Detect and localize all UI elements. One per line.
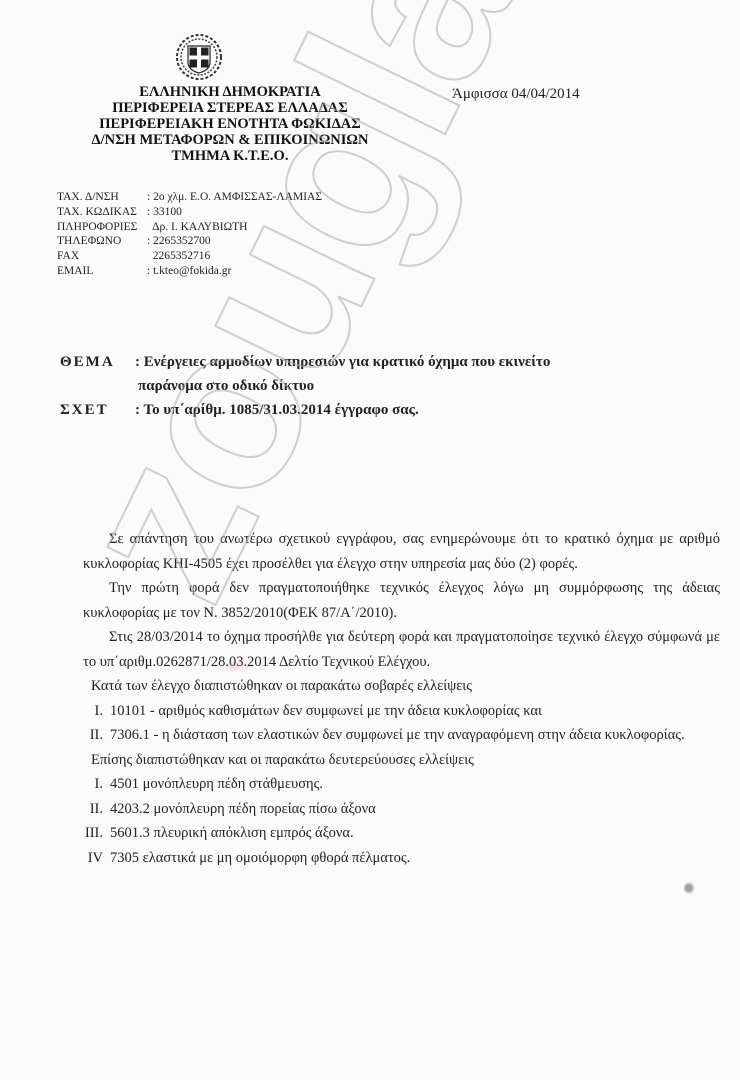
document-page: zougla.gr ΕΛΛΗΝΙΚΗ ΔΗΜΟΚΡΑΤΙΑ ΠΕΡΙΦΕΡΕΙΑ… (0, 0, 740, 1080)
contact-row-postcode: ΤΑΧ. ΚΩΔΙΚΑΣ : 33100 (57, 205, 322, 220)
contact-row-email: EMAIL : t.kteo@fokida.gr (57, 264, 322, 279)
body-paragraph: Σε απάντηση του ανωτέρω σχετικού εγγράφο… (83, 527, 720, 576)
reference-line: ΣΧΕΤ : Το υπ΄αρίθμ. 1085/31.03.2014 έγγρ… (60, 402, 550, 426)
list-text: 5601.3 πλευρική απόκλιση εμπρός άξονα. (110, 821, 720, 846)
reference-key: ΣΧΕΤ (60, 402, 135, 426)
serious-faults-list: I. 10101 - αριθμός καθισμάτων δεν συμφων… (73, 699, 720, 748)
secondary-faults-list: I. 4501 μονόπλευρη πέδη στάθμευσης. II. … (63, 772, 720, 870)
subject-line: ΘΕΜΑ : Ενέργειες αρμοδίων υπηρεσιών για … (60, 354, 550, 378)
ink-smudge (220, 660, 250, 672)
place-date: Άμφισσα 04/04/2014 (452, 86, 580, 103)
contact-value: : t.kteo@fokida.gr (147, 264, 231, 279)
list-item: IV 7305 ελαστικά με μη ομοιόμορφη φθορά … (63, 846, 720, 871)
contact-value: : 33100 (147, 205, 182, 220)
contact-label: ΤΑΧ. Δ/ΝΣΗ (57, 190, 147, 205)
contact-label: EMAIL (57, 264, 147, 279)
subject-key: ΘΕΜΑ (60, 354, 135, 378)
list-text: 4203.2 μονόπλευρη πέδη πορείας πίσω άξον… (110, 797, 720, 822)
reference-text: : Το υπ΄αρίθμ. 1085/31.03.2014 έγγραφο σ… (135, 402, 419, 426)
list-text: 7305 ελαστικά με μη ομοιόμορφη φθορά πέλ… (110, 846, 720, 871)
list-item: II. 7306.1 - η διάσταση των ελαστικών δε… (73, 723, 720, 748)
subject-block: ΘΕΜΑ : Ενέργειες αρμοδίων υπηρεσιών για … (60, 354, 550, 426)
greek-coat-of-arms-icon (174, 32, 224, 82)
subject-text-continued: παράνομα στο οδικό δίκτυο (60, 378, 314, 402)
subject-text: : Ενέργειες αρμοδίων υπηρεσιών για κρατι… (135, 354, 550, 378)
list-text: 7306.1 - η διάσταση των ελαστικών δεν συ… (110, 723, 720, 748)
secondary-faults-intro: Επίσης διαπιστώθηκαν και οι παρακάτω δευ… (83, 748, 720, 773)
contact-value: Δρ. Ι. ΚΑΛΥΒΙΩΤΗ (147, 220, 247, 235)
body-paragraph: Την πρώτη φορά δεν πραγματοποιήθηκε τεχν… (83, 576, 720, 625)
list-text: 4501 μονόπλευρη πέδη στάθμευσης. (110, 772, 720, 797)
list-number: II. (73, 723, 110, 748)
body-paragraph: Στις 28/03/2014 το όχημα προσήλθε για δε… (83, 625, 720, 674)
list-item: II. 4203.2 μονόπλευρη πέδη πορείας πίσω … (63, 797, 720, 822)
list-text: 10101 - αριθμός καθισμάτων δεν συμφωνεί … (110, 699, 720, 724)
contact-label: ΠΛΗΡΟΦΟΡΙΕΣ (57, 220, 147, 235)
contact-value: : 2ο χλμ. Ε.Ο. ΑΜΦΙΣΣΑΣ-ΛΑΜΙΑΣ (147, 190, 322, 205)
list-item: I. 4501 μονόπλευρη πέδη στάθμευσης. (63, 772, 720, 797)
letterhead-line: ΠΕΡΙΦΕΡΕΙΑΚΗ ΕΝΟΤΗΤΑ ΦΩΚΙΔΑΣ (80, 116, 380, 132)
serious-faults-intro: Κατά των έλεγχο διαπιστώθηκαν οι παρακάτ… (83, 674, 720, 699)
scan-speck (684, 880, 694, 896)
contact-label: FAX (57, 249, 147, 264)
list-number: I. (63, 772, 110, 797)
list-number: IV (63, 846, 110, 871)
contact-row-phone: ΤΗΛΕΦΩΝΟ : 2265352700 (57, 234, 322, 249)
letter-body: Σε απάντηση του ανωτέρω σχετικού εγγράφο… (83, 527, 720, 870)
contact-block: ΤΑΧ. Δ/ΝΣΗ : 2ο χλμ. Ε.Ο. ΑΜΦΙΣΣΑΣ-ΛΑΜΙΑ… (57, 190, 322, 279)
list-number: II. (63, 797, 110, 822)
list-item: III. 5601.3 πλευρική απόκλιση εμπρός άξο… (63, 821, 720, 846)
contact-label: ΤΗΛΕΦΩΝΟ (57, 234, 147, 249)
contact-value: 2265352716 (147, 249, 210, 264)
letterhead: ΕΛΛΗΝΙΚΗ ΔΗΜΟΚΡΑΤΙΑ ΠΕΡΙΦΕΡΕΙΑ ΣΤΕΡΕΑΣ Ε… (80, 84, 380, 164)
contact-label: ΤΑΧ. ΚΩΔΙΚΑΣ (57, 205, 147, 220)
letterhead-line: ΤΜΗΜΑ Κ.Τ.Ε.Ο. (80, 148, 380, 164)
list-item: I. 10101 - αριθμός καθισμάτων δεν συμφων… (73, 699, 720, 724)
list-number: III. (63, 821, 110, 846)
contact-row-info: ΠΛΗΡΟΦΟΡΙΕΣ Δρ. Ι. ΚΑΛΥΒΙΩΤΗ (57, 220, 322, 235)
list-number: I. (73, 699, 110, 724)
contact-value: : 2265352700 (147, 234, 211, 249)
contact-row-address: ΤΑΧ. Δ/ΝΣΗ : 2ο χλμ. Ε.Ο. ΑΜΦΙΣΣΑΣ-ΛΑΜΙΑ… (57, 190, 322, 205)
subject-line-continued: παράνομα στο οδικό δίκτυο (60, 378, 550, 402)
letterhead-line: ΕΛΛΗΝΙΚΗ ΔΗΜΟΚΡΑΤΙΑ (80, 84, 380, 100)
contact-row-fax: FAX 2265352716 (57, 249, 322, 264)
letterhead-line: Δ/ΝΣΗ ΜΕΤΑΦΟΡΩΝ & ΕΠΙΚΟΙΝΩΝΙΩΝ (80, 132, 380, 148)
letterhead-line: ΠΕΡΙΦΕΡΕΙΑ ΣΤΕΡΕΑΣ ΕΛΛΑΔΑΣ (80, 100, 380, 116)
